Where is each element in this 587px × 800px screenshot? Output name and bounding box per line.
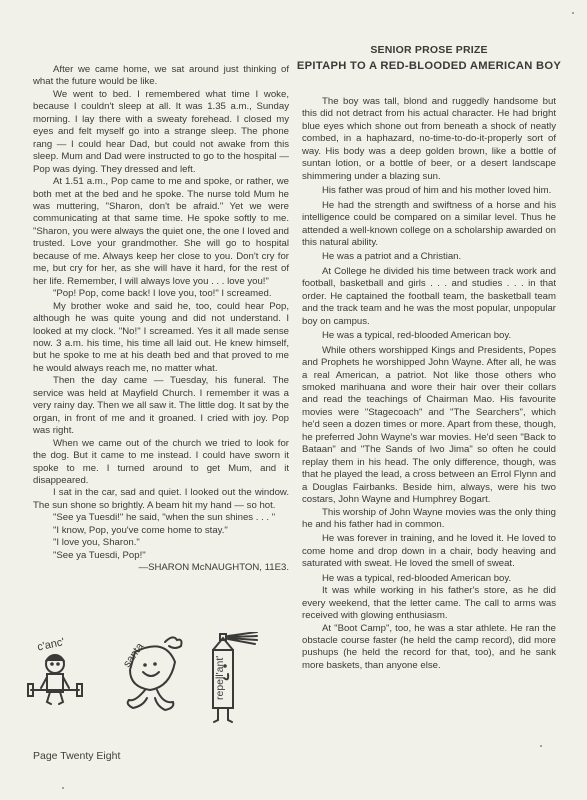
repellant-spray-cartoon-icon: repell'ant' <box>213 632 257 722</box>
paragraph: While others worshipped Kings and Presid… <box>302 345 556 507</box>
paragraph: After we came home, we sat around just t… <box>33 64 289 89</box>
paragraph: "See ya Tuesdi!" he said, "when the sun … <box>33 512 289 524</box>
paragraph: He was forever in training, and he loved… <box>302 533 556 570</box>
paragraph: Then the day came — Tuesday, his funeral… <box>33 375 289 437</box>
paragraph: "Pop! Pop, come back! I love you, too!" … <box>33 288 289 300</box>
santa-cartoon-icon: santa <box>121 637 182 710</box>
paragraph: It was while working in his father's sto… <box>302 585 556 622</box>
paragraph: "I love you, Sharon." <box>33 537 289 549</box>
weightlifter-cartoon-icon: c'anc' <box>28 636 82 704</box>
paragraph: "I know, Pop, you've come home to stay." <box>33 525 289 537</box>
page-number: Page Twenty Eight <box>33 750 120 762</box>
paragraph: When we came out of the church we tried … <box>33 438 289 488</box>
paragraph: His father was proud of him and his moth… <box>302 185 556 197</box>
print-speck <box>572 12 574 14</box>
cartoon-label: c'anc' <box>36 636 65 653</box>
left-column-story: After we came home, we sat around just t… <box>33 64 289 575</box>
paragraph: At College he divided his time between t… <box>302 266 556 328</box>
paragraph: He was a patriot and a Christian. <box>302 251 556 263</box>
paragraph: He was a typical, red-blooded American b… <box>302 573 556 585</box>
paragraph: "See ya Tuesdi, Pop!" <box>33 550 289 562</box>
paragraph: This worship of John Wayne movies was th… <box>302 507 556 532</box>
paragraph: He was a typical, red-blooded American b… <box>302 330 556 342</box>
print-speck <box>540 745 542 747</box>
print-speck <box>62 787 64 789</box>
story-title: EPITAPH TO A RED-BLOODED AMERICAN BOY <box>296 60 562 73</box>
paragraph: At 1.51 a.m., Pop came to me and spoke, … <box>33 176 289 288</box>
paragraph: My brother woke and said he, too, could … <box>33 301 289 376</box>
prize-heading: SENIOR PROSE PRIZE <box>302 44 556 56</box>
paragraph: The boy was tall, blond and ruggedly han… <box>302 96 556 183</box>
paragraph: We went to bed. I remembered what time I… <box>33 89 289 176</box>
cartoon-illustrations: c'anc' santa repell'ant' <box>25 632 265 732</box>
paragraph: I sat in the car, sad and quiet. I looke… <box>33 487 289 512</box>
paragraph: At "Boot Camp", too, he was a star athle… <box>302 623 556 673</box>
right-column-story: The boy was tall, blond and ruggedly han… <box>302 96 556 672</box>
paragraph: He had the strength and swiftness of a h… <box>302 200 556 250</box>
author-signature: —SHARON McNAUGHTON, 11E3. <box>33 562 289 574</box>
